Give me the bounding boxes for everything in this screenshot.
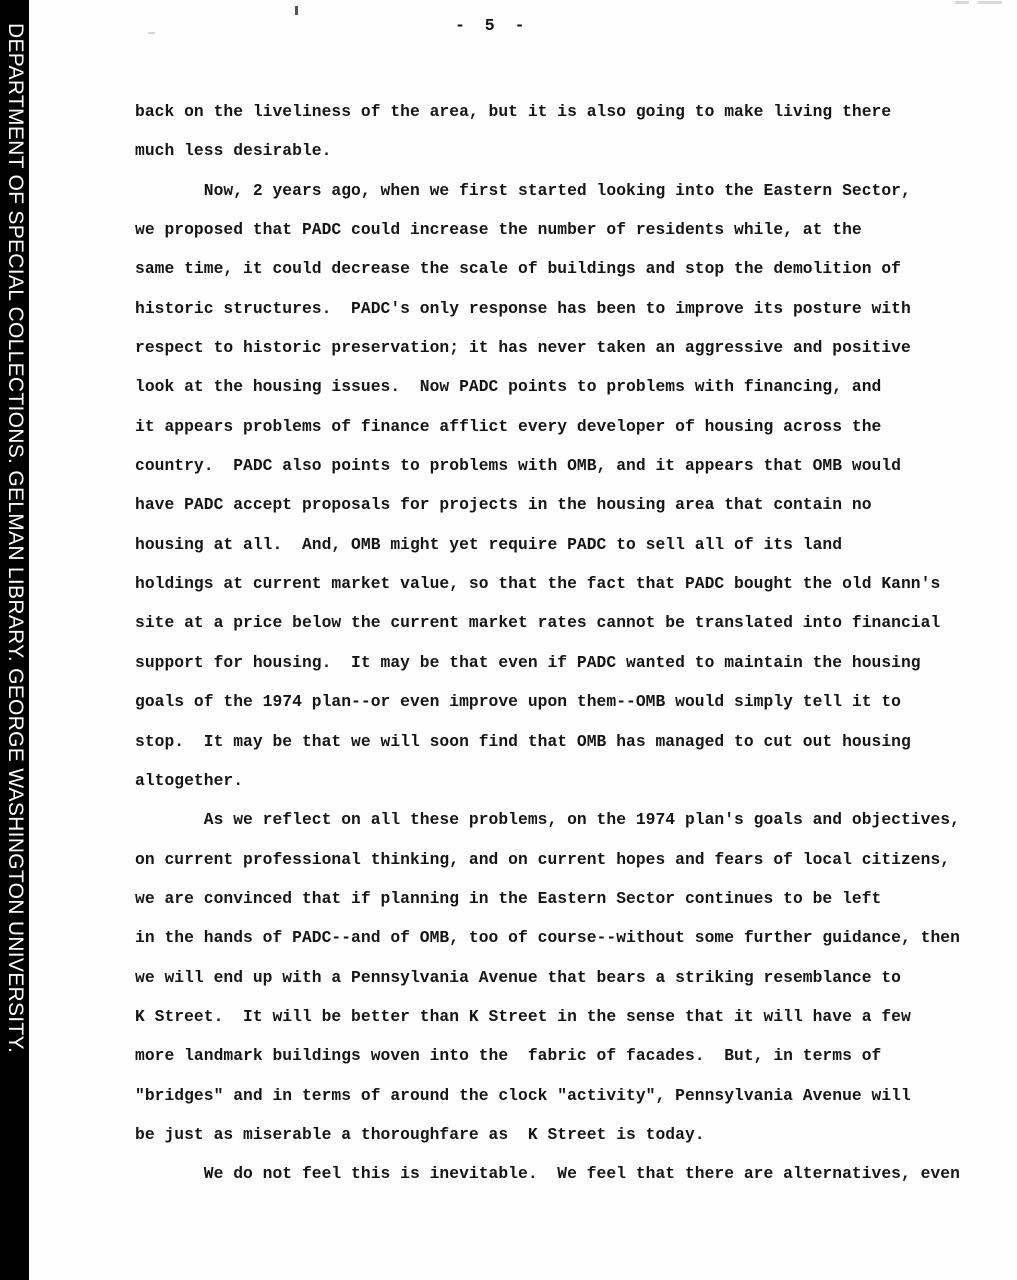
text-line: have PADC accept proposals for projects … [135,485,995,524]
text-line: As we reflect on all these problems, on … [135,800,995,839]
text-line: country. PADC also points to problems wi… [135,446,995,485]
scan-artifact [955,1,969,4]
text-line: holdings at current market value, so tha… [135,564,995,603]
text-line: on current professional thinking, and on… [135,840,995,879]
document-page: DEPARTMENT OF SPECIAL COLLECTIONS. GELMA… [0,0,1017,1280]
text-line: goals of the 1974 plan--or even improve … [135,682,995,721]
text-line: look at the housing issues. Now PADC poi… [135,367,995,406]
text-line: site at a price below the current market… [135,603,995,642]
text-line: housing at all. And, OMB might yet requi… [135,525,995,564]
text-line: Now, 2 years ago, when we first started … [135,171,995,210]
text-line: stop. It may be that we will soon find t… [135,722,995,761]
text-line: "bridges" and in terms of around the clo… [135,1076,995,1115]
text-line: we proposed that PADC could increase the… [135,210,995,249]
text-line: we are convinced that if planning in the… [135,879,995,918]
text-line: much less desirable. [135,131,995,170]
scan-artifact [148,32,155,34]
text-line: same time, it could decrease the scale o… [135,249,995,288]
page-number: - 5 - [455,16,530,35]
scan-artifact [978,1,1002,4]
scan-artifact [295,6,298,15]
text-line: we will end up with a Pennsylvania Avenu… [135,958,995,997]
text-line: K Street. It will be better than K Stree… [135,997,995,1036]
text-line: We do not feel this is inevitable. We fe… [135,1154,995,1193]
library-spine-bar: DEPARTMENT OF SPECIAL COLLECTIONS. GELMA… [0,0,29,1280]
text-line: more landmark buildings woven into the f… [135,1036,995,1075]
text-line: in the hands of PADC--and of OMB, too of… [135,918,995,957]
text-line: respect to historic preservation; it has… [135,328,995,367]
text-line: it appears problems of finance afflict e… [135,407,995,446]
text-line: historic structures. PADC's only respons… [135,289,995,328]
text-line: back on the liveliness of the area, but … [135,92,995,131]
library-spine-label: DEPARTMENT OF SPECIAL COLLECTIONS. GELMA… [2,23,29,1053]
text-line: be just as miserable a thoroughfare as K… [135,1115,995,1154]
text-line: support for housing. It may be that even… [135,643,995,682]
text-line: altogether. [135,761,995,800]
document-body: back on the liveliness of the area, but … [135,92,995,1194]
